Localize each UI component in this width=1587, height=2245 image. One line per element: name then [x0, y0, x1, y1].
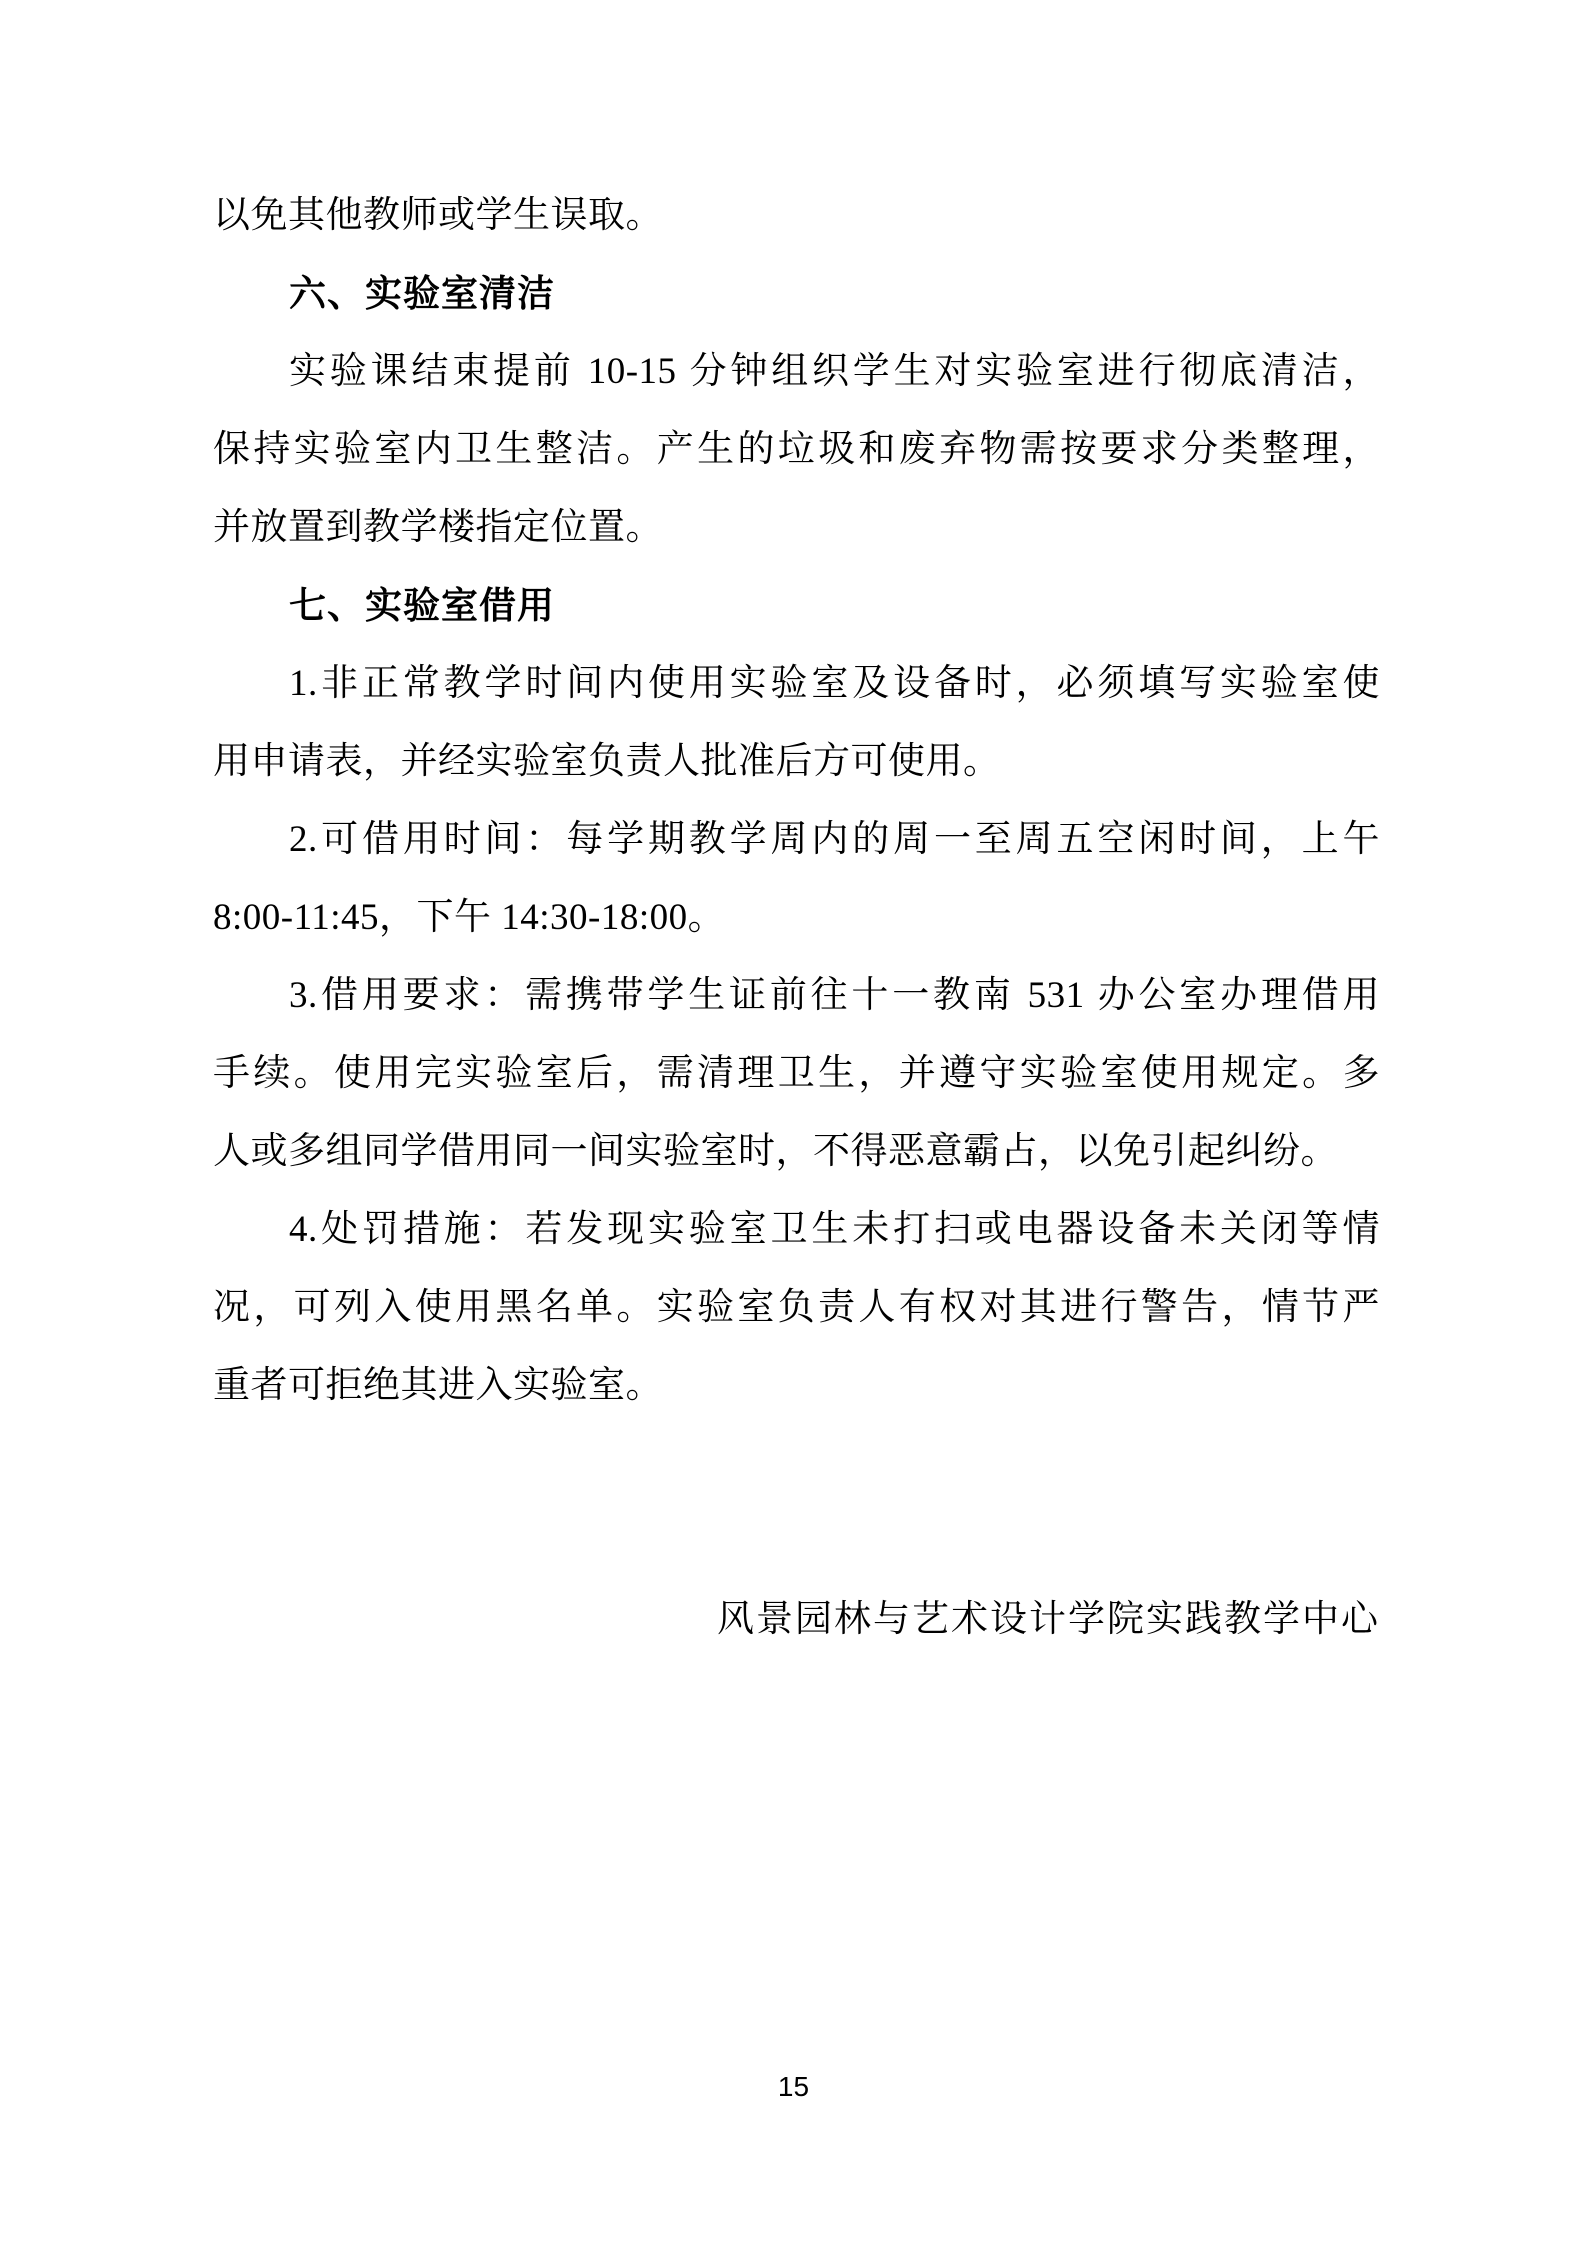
list-item-1-line: 用申请表，并经实验室负责人批准后方可使用。 — [213, 723, 1380, 801]
list-item-1-line: 1.非正常教学时间内使用实验室及设备时，必须填写实验室使 — [213, 645, 1380, 723]
list-item-4-line: 重者可拒绝其进入实验室。 — [213, 1347, 1380, 1425]
section-heading-seven: 七、实验室借用 — [213, 567, 1380, 645]
page-number: 15 — [0, 2070, 1587, 2104]
signature-line: 风景园林与艺术设计学院实践教学中心 — [213, 1581, 1380, 1659]
paragraph-line: 保持实验室内卫生整洁。产生的垃圾和废弃物需按要求分类整理， — [213, 411, 1380, 489]
list-item-3-line: 人或多组同学借用同一间实验室时，不得恶意霸占，以免引起纠纷。 — [213, 1113, 1380, 1191]
paragraph-line: 并放置到教学楼指定位置。 — [213, 489, 1380, 567]
paragraph-line: 实验课结束提前 10-15 分钟组织学生对实验室进行彻底清洁， — [213, 333, 1380, 411]
section-heading-six: 六、实验室清洁 — [213, 255, 1380, 333]
list-item-2-line: 2.可借用时间：每学期教学周内的周一至周五空闲时间，上午 — [213, 801, 1380, 879]
document-body: 以免其他教师或学生误取。 六、实验室清洁 实验课结束提前 10-15 分钟组织学… — [213, 177, 1380, 1659]
list-item-4-line: 况，可列入使用黑名单。实验室负责人有权对其进行警告，情节严 — [213, 1269, 1380, 1347]
list-item-2-line: 8:00-11:45，下午 14:30-18:00。 — [213, 879, 1380, 957]
list-item-4-line: 4.处罚措施：若发现实验室卫生未打扫或电器设备未关闭等情 — [213, 1191, 1380, 1269]
list-item-3-line: 手续。使用完实验室后，需清理卫生，并遵守实验室使用规定。多 — [213, 1035, 1380, 1113]
blank-space — [213, 1425, 1380, 1581]
document-page: 以免其他教师或学生误取。 六、实验室清洁 实验课结束提前 10-15 分钟组织学… — [0, 0, 1587, 2245]
list-item-3-line: 3.借用要求：需携带学生证前往十一教南 531 办公室办理借用 — [213, 957, 1380, 1035]
paragraph-line: 以免其他教师或学生误取。 — [213, 177, 1380, 255]
